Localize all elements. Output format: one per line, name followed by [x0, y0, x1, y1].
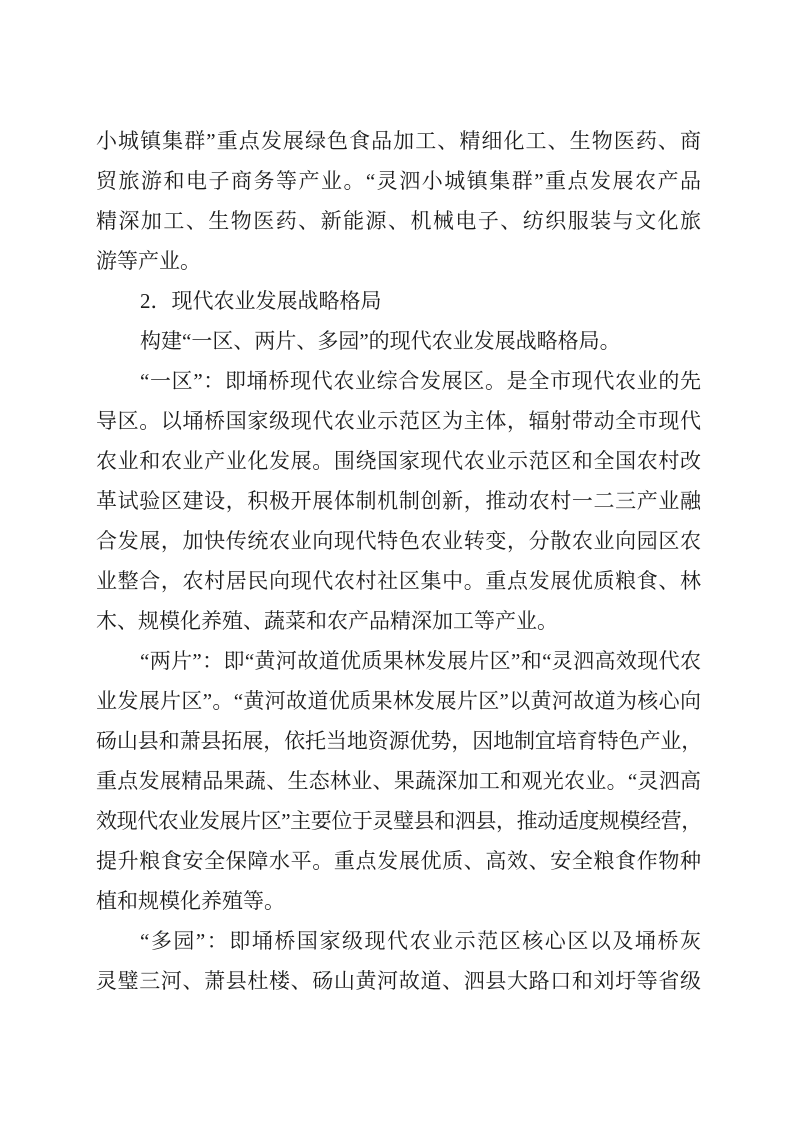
text-line: “一区”：即埇桥现代农业综合发展区。是全市现代农业的先	[96, 361, 701, 401]
section-heading: 2．现代农业发展战略格局	[96, 281, 701, 321]
text-line: 木、规模化养殖、蔬菜和农产品精深加工等产业。	[96, 601, 701, 641]
text-line: 导区。以埇桥国家级现代农业示范区为主体，辐射带动全市现代	[96, 401, 701, 441]
text-line: 效现代农业发展片区”主要位于灵璧县和泗县，推动适度规模经营，	[96, 801, 701, 841]
text-line: 游等产业。	[96, 241, 701, 281]
text-line: “多园”：即埇桥国家级现代农业示范区核心区以及埇桥灰古、	[96, 921, 701, 961]
text-line: 精深加工、生物医药、新能源、机械电子、纺织服装与文化旅	[96, 201, 701, 241]
document-page: 小城镇集群”重点发展绿色食品加工、精细化工、生物医药、商贸旅游和电子商务等产业。…	[0, 0, 793, 1122]
text-line: 构建“一区、两片、多园”的现代农业发展战略格局。	[96, 321, 701, 361]
text-line: 贸旅游和电子商务等产业。“灵泗小城镇集群”重点发展农产品	[96, 161, 701, 201]
text-line: 植和规模化养殖等。	[96, 881, 701, 921]
text-line: 重点发展精品果蔬、生态林业、果蔬深加工和观光农业。“灵泗高	[96, 761, 701, 801]
text-line: 提升粮食安全保障水平。重点发展优质、高效、安全粮食作物种	[96, 841, 701, 881]
text-line: 业发展片区”。“黄河故道优质果林发展片区”以黄河故道为核心向	[96, 681, 701, 721]
text-line: 砀山县和萧县拓展，依托当地资源优势，因地制宜培育特色产业，	[96, 721, 701, 761]
text-line: 革试验区建设，积极开展体制机制创新，推动农村一二三产业融	[96, 481, 701, 521]
text-line: “两片”：即“黄河故道优质果林发展片区”和“灵泗高效现代农	[96, 641, 701, 681]
text-line: 灵璧三河、萧县杜楼、砀山黄河故道、泗县大路口和刘圩等省级	[96, 961, 701, 1001]
text-line: 农业和农业产业化发展。围绕国家现代农业示范区和全国农村改	[96, 441, 701, 481]
text-line: 小城镇集群”重点发展绿色食品加工、精细化工、生物医药、商	[96, 121, 701, 161]
document-text-block: 小城镇集群”重点发展绿色食品加工、精细化工、生物医药、商贸旅游和电子商务等产业。…	[96, 121, 701, 1001]
text-line: 合发展，加快传统农业向现代特色农业转变，分散农业向园区农	[96, 521, 701, 561]
text-line: 业整合，农村居民向现代农村社区集中。重点发展优质粮食、林	[96, 561, 701, 601]
